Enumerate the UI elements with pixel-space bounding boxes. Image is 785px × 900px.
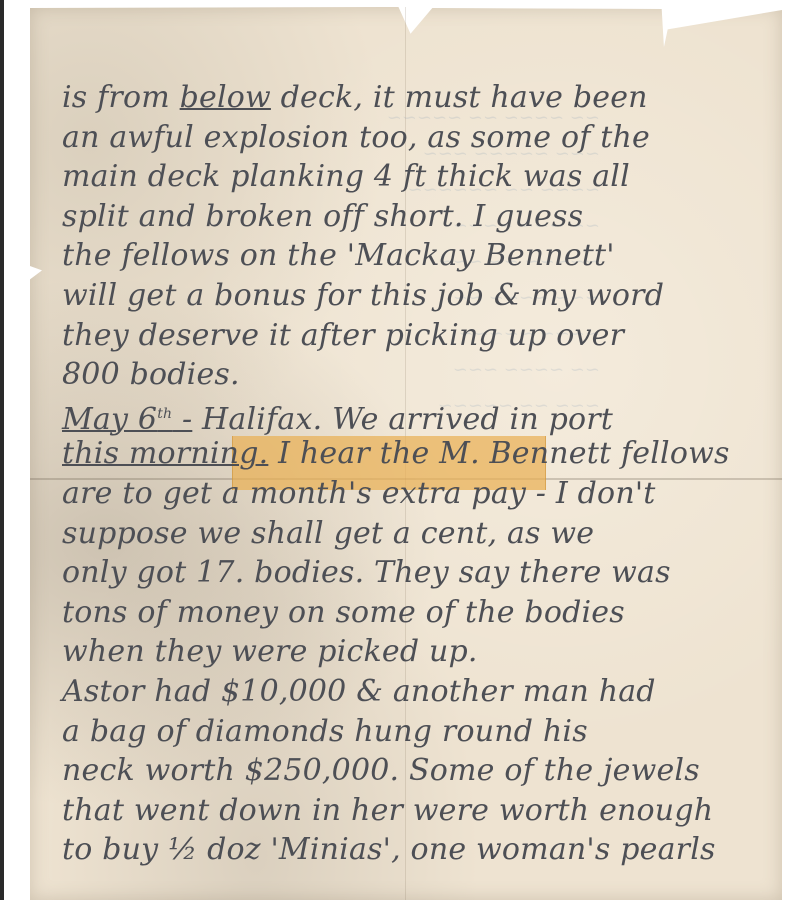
text-line: they deserve it after picking up over	[62, 316, 782, 356]
text-line: an awful explosion too, as some of the	[62, 118, 782, 158]
text-line: that went down in her were worth enough	[62, 791, 782, 831]
text-line: will get a bonus for this job & my word	[62, 276, 782, 316]
text-line: this morning. I hear the M. Bennett fell…	[62, 434, 782, 474]
text-line: neck worth $250,000. Some of the jewels	[62, 751, 782, 791]
scan-border	[0, 0, 4, 900]
dated-entry-line: May 6th - Halifax. We arrived in port	[62, 395, 782, 435]
text-line: main deck planking 4 ft thick was all	[62, 157, 782, 197]
text-line: 800 bodies.	[62, 355, 782, 395]
text-line: only got 17. bodies. They say there was	[62, 553, 782, 593]
text-line: is from below deck, it must have been	[62, 78, 782, 118]
text-line: tons of money on some of the bodies	[62, 593, 782, 633]
text-line: to buy ½ doz 'Minias', one woman's pearl…	[62, 830, 782, 870]
handwritten-text-body: is from below deck, it must have been an…	[62, 78, 782, 870]
text-line: the fellows on the 'Mackay Bennett'	[62, 236, 782, 276]
text-line: split and broken off short. I guess	[62, 197, 782, 237]
text-line: are to get a month's extra pay - I don't	[62, 474, 782, 514]
text-line: Astor had $10,000 & another man had	[62, 672, 782, 712]
text-line: a bag of diamonds hung round his	[62, 712, 782, 752]
text-line: suppose we shall get a cent, as we	[62, 514, 782, 554]
text-line: when they were picked up.	[62, 632, 782, 672]
